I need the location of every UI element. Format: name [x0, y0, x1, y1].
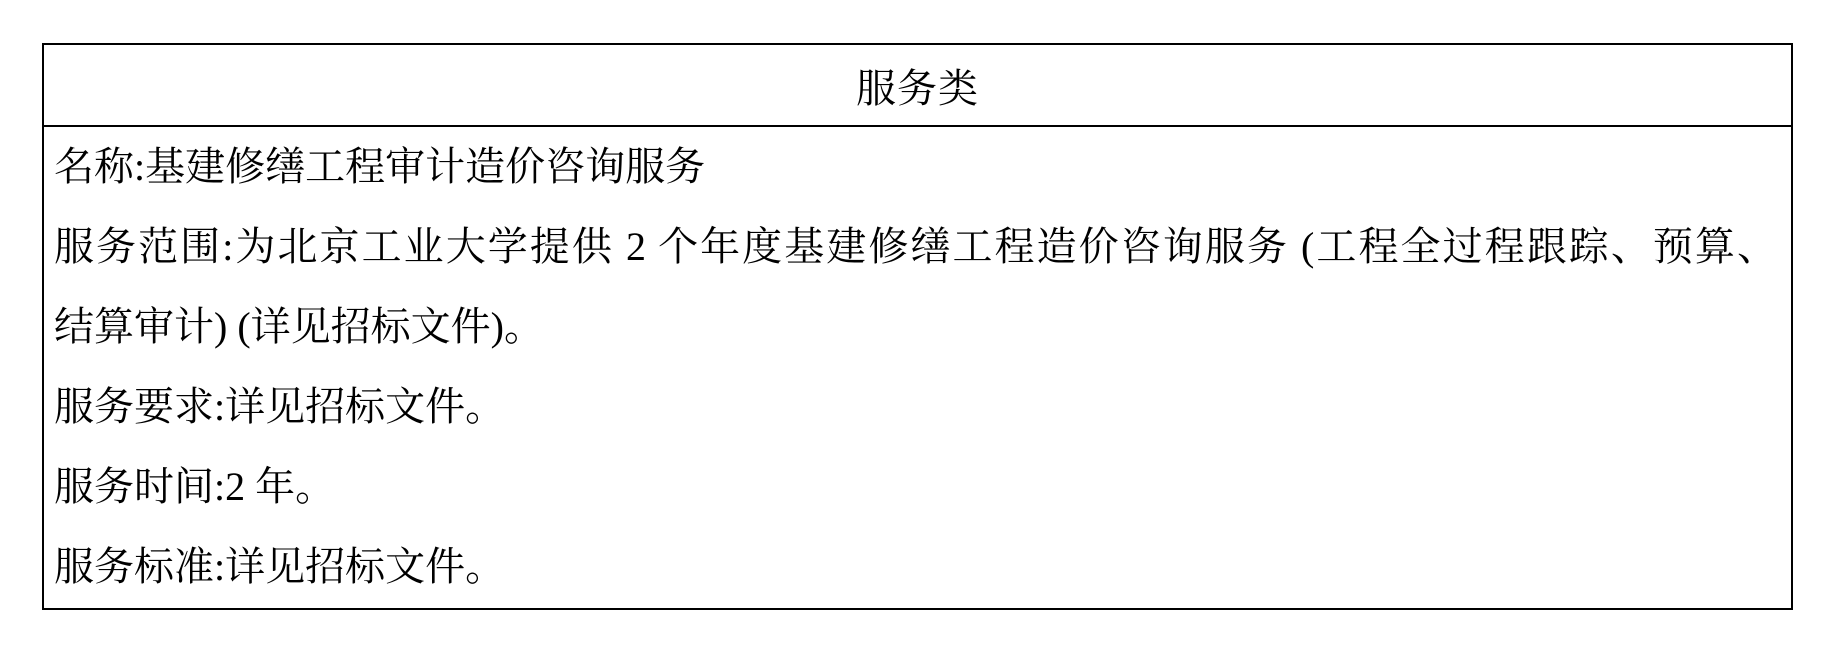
- table-body-cell: 名称:基建修缮工程审计造价咨询服务 服务范围:为北京工业大学提供 2 个年度基建…: [44, 127, 1791, 607]
- field-name: 名称:基建修缮工程审计造价咨询服务: [54, 127, 1777, 207]
- table-header-title: 服务类: [856, 57, 979, 114]
- document-page: { "table": { "header": { "title": "服务类" …: [0, 0, 1840, 655]
- service-category-table: 服务类 名称:基建修缮工程审计造价咨询服务 服务范围:为北京工业大学提供 2 个…: [42, 43, 1793, 610]
- table-header-row: 服务类: [44, 45, 1791, 127]
- field-service-requirements: 服务要求:详见招标文件。: [54, 367, 1777, 447]
- field-service-duration: 服务时间:2 年。: [54, 447, 1777, 527]
- field-service-scope: 服务范围:为北京工业大学提供 2 个年度基建修缮工程造价咨询服务 (工程全过程跟…: [54, 207, 1777, 287]
- field-service-scope-continuation: 结算审计) (详见招标文件)。: [54, 287, 1777, 367]
- field-service-standard: 服务标准:详见招标文件。: [54, 527, 1777, 607]
